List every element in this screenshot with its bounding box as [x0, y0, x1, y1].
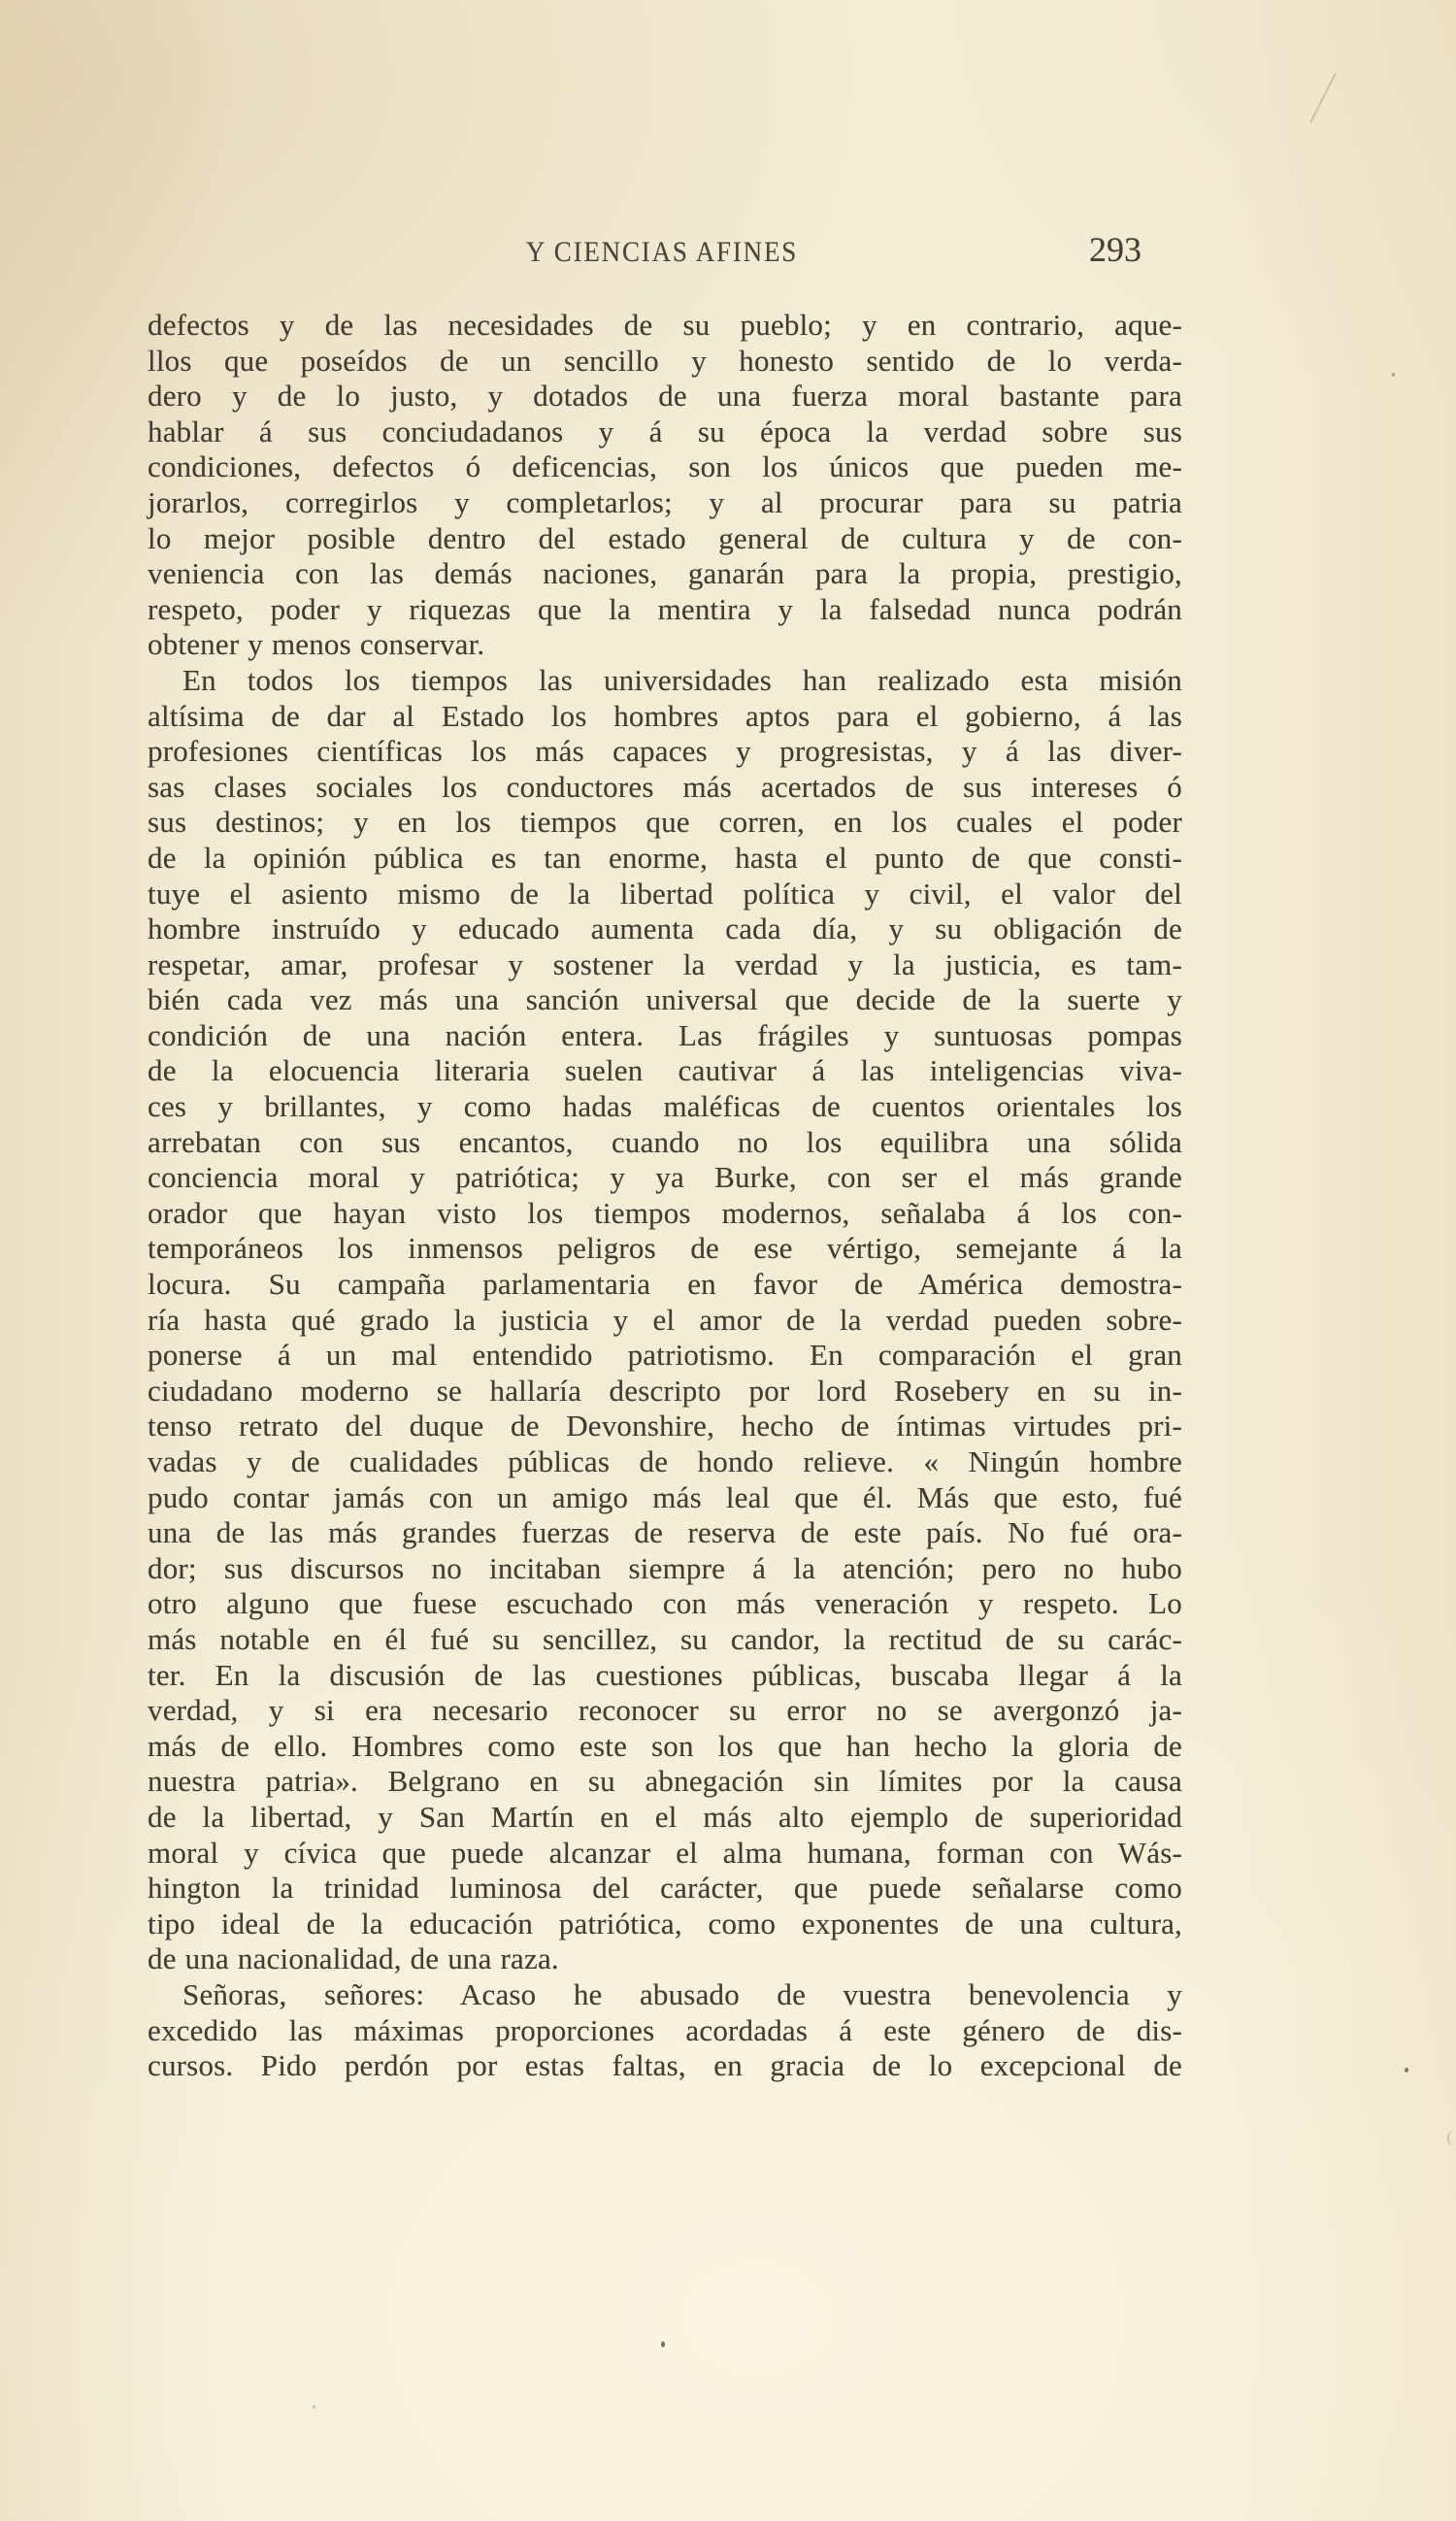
text-line: cursos. Pido perdón por estas faltas, en…: [148, 2048, 1182, 2084]
text-line: de la elocuencia literaria suelen cautiv…: [148, 1053, 1182, 1089]
scratch-mark: [1309, 73, 1337, 124]
text-block: defectos y de las necesidades de su pueb…: [148, 308, 1182, 2084]
text-line: de la libertad, y San Martín en el más a…: [148, 1800, 1182, 1836]
page-number: 293: [1089, 232, 1142, 267]
text-line: moral y cívica que puede alcanzar el alm…: [148, 1836, 1182, 1872]
text-line: veniencia con las demás naciones, ganará…: [148, 556, 1182, 592]
text-line: condiciones, defectos ó deficencias, son…: [148, 449, 1182, 485]
text-line: ter. En la discusión de las cuestiones p…: [148, 1658, 1182, 1694]
text-line: verdad, y si era necesario reconocer su …: [148, 1693, 1182, 1729]
text-line: lo mejor posible dentro del estado gener…: [148, 521, 1182, 557]
text-line: Señoras, señores: Acaso he abusado de vu…: [148, 1977, 1182, 2013]
text-line: sas clases sociales los conductores más …: [148, 770, 1182, 806]
text-line: llos que poseídos de un sencillo y hones…: [148, 344, 1182, 380]
text-line: ces y brillantes, y como hadas maléficas…: [148, 1089, 1182, 1125]
text-line: tuye el asiento mismo de la libertad pol…: [148, 877, 1182, 912]
text-line: temporáneos los inmensos peligros de ese…: [148, 1231, 1182, 1267]
text-line: hablar á sus conciudadanos y á su época …: [148, 415, 1182, 450]
running-title: Y CIENCIAS AFINES: [526, 238, 798, 267]
running-head: Y CIENCIAS AFINES 293: [0, 232, 1456, 275]
text-line: conciencia moral y patriótica; y ya Burk…: [148, 1160, 1182, 1196]
text-line: dor; sus discursos no incitaban siempre …: [148, 1551, 1182, 1587]
text-line: respetar, amar, profesar y sostener la v…: [148, 947, 1182, 983]
text-line: condición de una nación entera. Las frág…: [148, 1018, 1182, 1054]
text-line: ciudadano moderno se hallaría descripto …: [148, 1374, 1182, 1410]
text-line: vadas y de cualidades públicas de hondo …: [148, 1444, 1182, 1480]
text-line: tipo ideal de la educación patriótica, c…: [148, 1907, 1182, 1942]
ink-speck: [1405, 2068, 1408, 2073]
text-line: de la opinión pública es tan enorme, has…: [148, 841, 1182, 877]
text-line: ponerse á un mal entendido patriotismo. …: [148, 1338, 1182, 1374]
text-line: obtener y menos conservar.: [148, 627, 1182, 663]
text-line: defectos y de las necesidades de su pueb…: [148, 308, 1182, 344]
text-line: En todos los tiempos las universidades h…: [148, 663, 1182, 699]
text-line: nuestra patria». Belgrano en su abnegaci…: [148, 1764, 1182, 1800]
text-line: una de las más grandes fuerzas de reserv…: [148, 1515, 1182, 1551]
text-line: más notable en él fué su sencillez, su c…: [148, 1622, 1182, 1658]
text-line: respeto, poder y riquezas que la mentira…: [148, 592, 1182, 628]
text-line: locura. Su campaña parlamentaria en favo…: [148, 1267, 1182, 1303]
text-line: otro alguno que fuese escuchado con más …: [148, 1586, 1182, 1622]
text-line: hombre instruído y educado aumenta cada …: [148, 912, 1182, 947]
ink-speck: [313, 2405, 315, 2408]
ink-speck: [661, 2341, 665, 2347]
text-line: profesiones científicas los más capaces …: [148, 734, 1182, 770]
text-line: pudo contar jamás con un amigo más leal …: [148, 1480, 1182, 1516]
text-line: altísima de dar al Estado los hombres ap…: [148, 699, 1182, 735]
book-page-scan: Y CIENCIAS AFINES 293 defectos y de las …: [0, 0, 1456, 2521]
text-line: orador que hayan visto los tiempos moder…: [148, 1196, 1182, 1232]
text-line: tenso retrato del duque de Devonshire, h…: [148, 1409, 1182, 1444]
text-line: hington la trinidad luminosa del carácte…: [148, 1871, 1182, 1907]
edge-mark: [1447, 2131, 1456, 2146]
text-line: más de ello. Hombres como este son los q…: [148, 1729, 1182, 1765]
text-line: arrebatan con sus encantos, cuando no lo…: [148, 1125, 1182, 1161]
text-line: dero y de lo justo, y dotados de una fue…: [148, 379, 1182, 415]
text-line: ría hasta qué grado la justicia y el amo…: [148, 1303, 1182, 1339]
text-line: jorarlos, corregirlos y completarlos; y …: [148, 485, 1182, 521]
text-line: sus destinos; y en los tiempos que corre…: [148, 805, 1182, 841]
text-line: bién cada vez más una sanción universal …: [148, 982, 1182, 1018]
ink-speck: [1392, 373, 1395, 377]
text-line: excedido las máximas proporciones acorda…: [148, 2013, 1182, 2049]
text-line: de una nacionalidad, de una raza.: [148, 1941, 1182, 1977]
